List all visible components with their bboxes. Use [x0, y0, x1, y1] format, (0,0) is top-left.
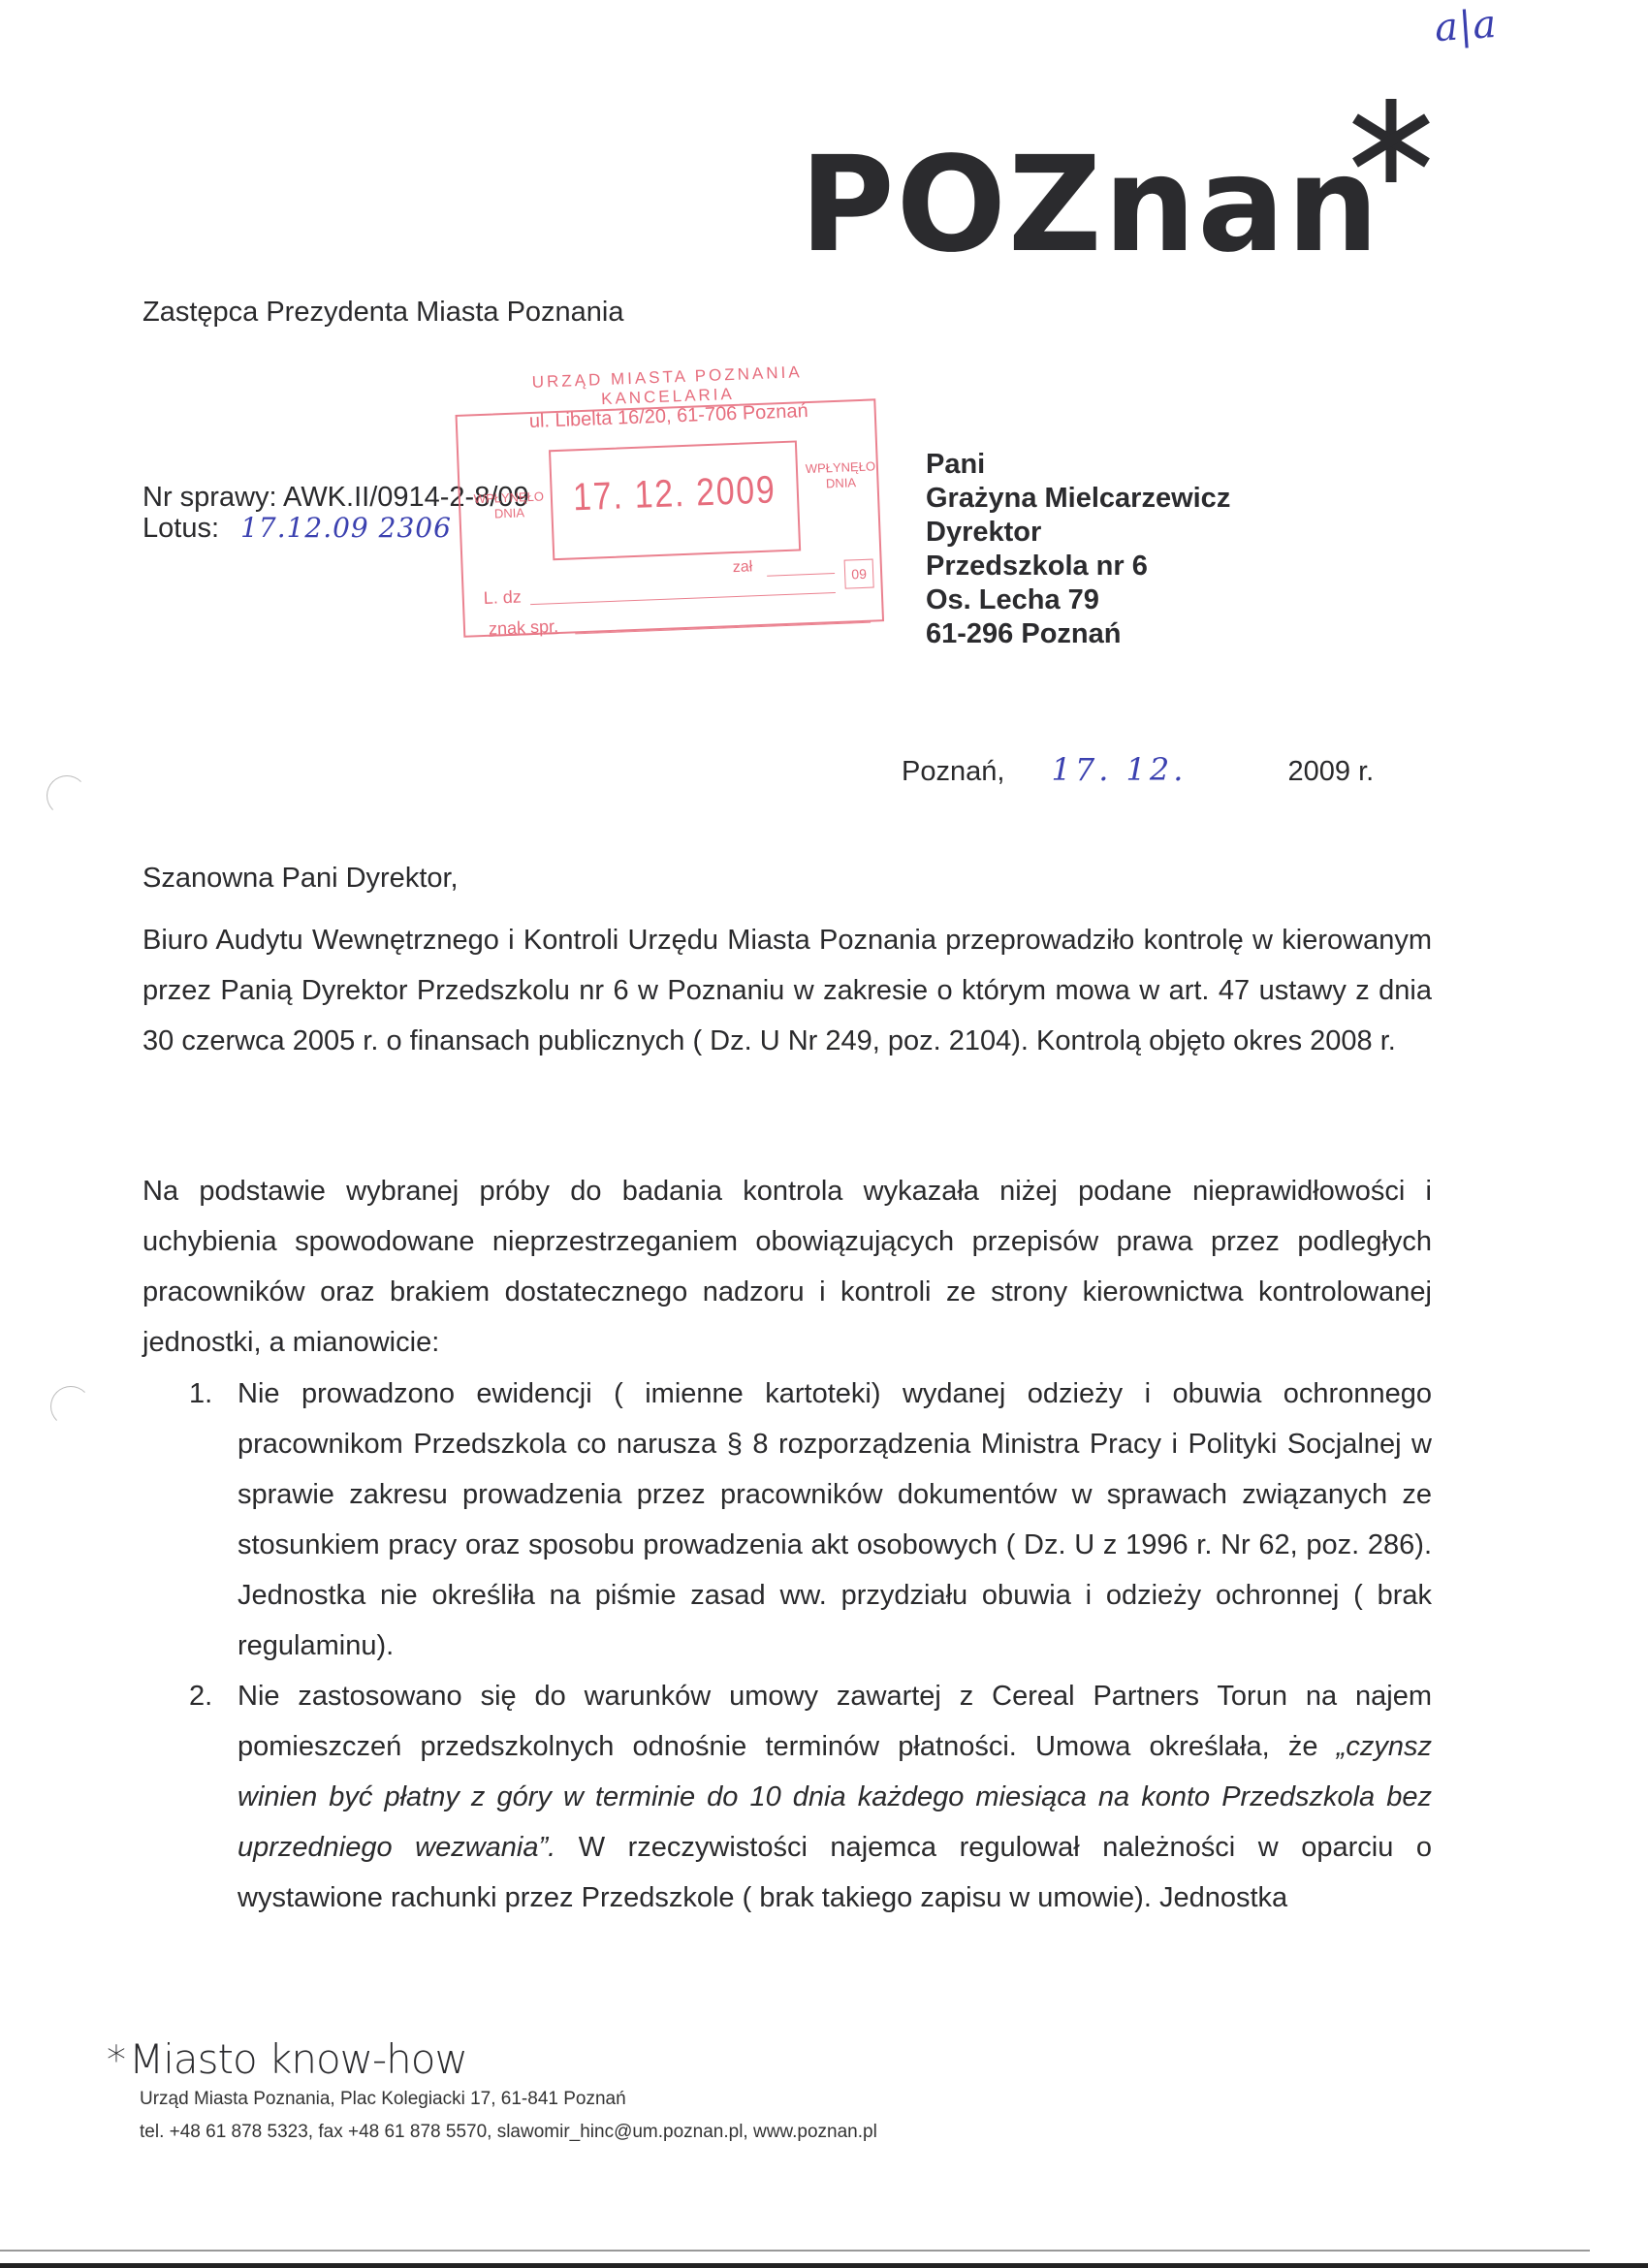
finding-number: 1.: [143, 1369, 238, 1671]
findings-list: 1. Nie prowadzono ewidencji ( imienne ka…: [143, 1369, 1432, 1923]
sender-title: Zastępca Prezydenta Miasta Poznania: [143, 297, 624, 329]
scan-artifact: [47, 775, 87, 816]
stamp-ldz-label: L. dz: [483, 586, 522, 608]
handwritten-page-mark: a|a: [1433, 2, 1498, 50]
poznan-logo: POZnan: [800, 97, 1440, 281]
asterisk-icon: [1347, 97, 1435, 184]
letter-salutation: Szanowna Pani Dyrektor,: [143, 863, 1432, 895]
stamp-date-box: 17. 12. 2009: [549, 440, 801, 560]
paragraph-findings-intro: Na podstawie wybranej próby do badania k…: [143, 1166, 1432, 1368]
stamp-received-label-right: WPŁYNĘŁO DNIA: [802, 458, 880, 492]
paragraph-intro: Biuro Audytu Wewnętrznego i Kontroli Urz…: [143, 915, 1432, 1066]
stamp-znak-label: znak spr.: [489, 616, 559, 640]
stamp-year-box: 09: [844, 559, 874, 589]
recipient-name: Grażyna Mielcarzewicz: [926, 482, 1230, 516]
letter-date: Poznań, 17. 12. 2009 r.: [902, 751, 1374, 788]
recipient-position: Dyrektor: [926, 516, 1230, 550]
date-handwritten: 17. 12.: [1051, 751, 1187, 788]
stamp-date: 17. 12. 2009: [570, 468, 779, 520]
finding-text: Nie prowadzono ewidencji ( imienne karto…: [238, 1369, 1432, 1671]
stamp-header: URZĄD MIASTA POZNANIA KANCELARIA ul. Lib…: [492, 362, 843, 433]
case-number-label: Nr sprawy:: [143, 482, 277, 513]
finding-item: 2. Nie zastosowano się do warunków umowy…: [143, 1671, 1432, 1923]
scan-artifact: [50, 1386, 91, 1427]
scan-bottom-edge: [0, 2263, 1648, 2268]
finding-text: Nie zastosowano się do warunków umowy za…: [238, 1671, 1432, 1923]
stamp-received-label-left: WPŁYNĘŁO DNIA: [470, 488, 549, 522]
scan-edge-line: [0, 2250, 1590, 2252]
stamp-zal-label: zał: [732, 558, 752, 577]
recipient-address: Pani Grażyna Mielcarzewicz Dyrektor Prze…: [926, 448, 1230, 651]
finding-number: 2.: [143, 1671, 238, 1923]
received-stamp: URZĄD MIASTA POZNANIA KANCELARIA ul. Lib…: [454, 360, 895, 657]
footer-address: Urząd Miasta Poznania, Plac Kolegiacki 1…: [140, 2083, 877, 2116]
recipient-institution: Przedszkola nr 6: [926, 550, 1230, 583]
date-year: 2009 r.: [1288, 756, 1375, 787]
recipient-city: 61-296 Poznań: [926, 617, 1230, 651]
finding-text-before: Nie zastosowano się do warunków umowy za…: [238, 1681, 1432, 1762]
recipient-salutation: Pani: [926, 448, 1230, 482]
asterisk-icon: *: [107, 2038, 125, 2083]
logo-wordmark: POZnan: [800, 140, 1380, 271]
footer-contact: tel. +48 61 878 5323, fax +48 61 878 557…: [140, 2116, 877, 2149]
lotus-handwritten: 17.12.09 2306: [240, 512, 452, 544]
recipient-street: Os. Lecha 79: [926, 583, 1230, 617]
lotus-label: Lotus:: [143, 513, 219, 544]
date-place: Poznań,: [902, 756, 1004, 787]
footer-slogan-text: Miasto know-how: [129, 2035, 467, 2083]
finding-item: 1. Nie prowadzono ewidencji ( imienne ka…: [143, 1369, 1432, 1671]
letter-footer: *Miasto know-how Urząd Miasta Poznania, …: [107, 2035, 877, 2149]
footer-slogan: *Miasto know-how: [107, 2035, 877, 2083]
